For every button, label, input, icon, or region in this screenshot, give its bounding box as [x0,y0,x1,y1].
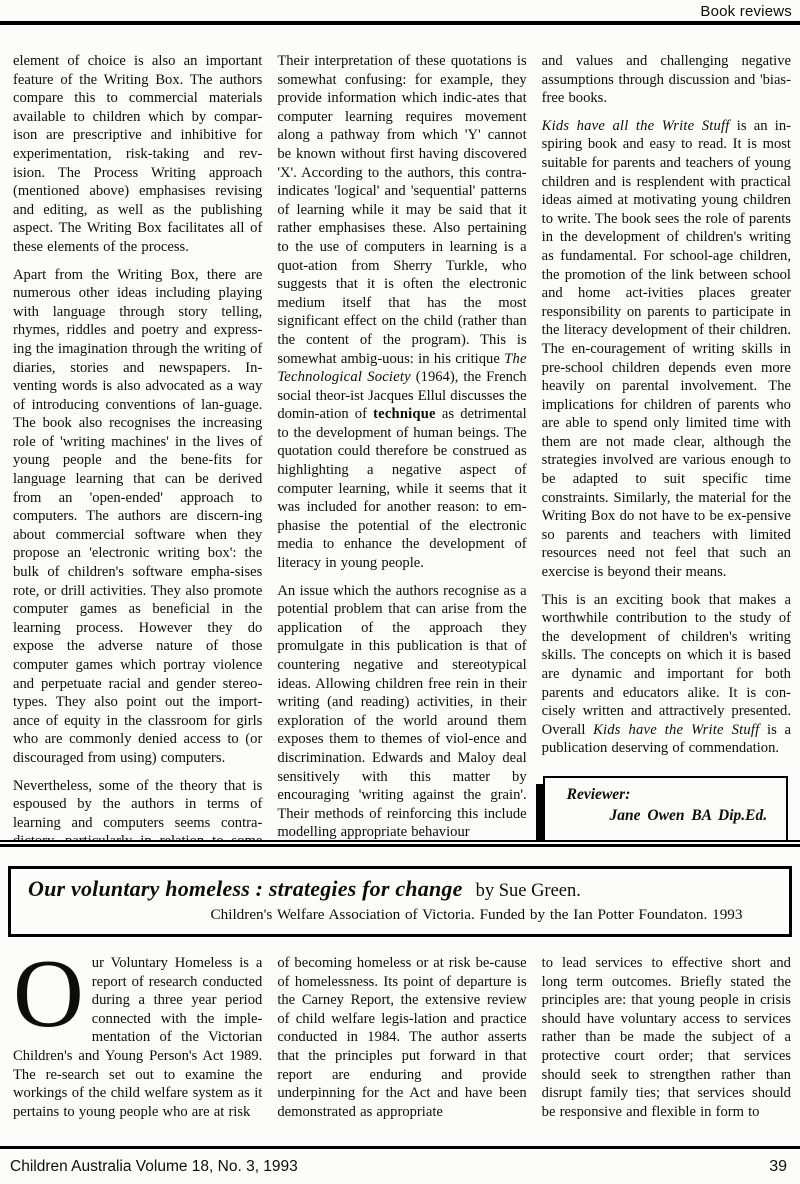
article-title-line: Our voluntary homeless : strategies for … [28,876,775,902]
article-body-columns: Our Voluntary Homeless is a report of re… [0,954,800,1146]
review-column-2: Their interpretation of these quotations… [277,52,526,840]
paragraph: Nevertheless, some of the theory that is… [13,777,262,840]
article-byline: by Sue Green. [476,881,581,901]
review-column-1: element of choice is also an important f… [13,52,262,840]
paragraph: to lead services to effective short and … [542,954,791,1121]
reviewer-name: Jane Owen BA Dip.Ed. [567,807,776,825]
drop-cap: O [13,958,84,1030]
review-column-3-text: and values and challenging negative assu… [542,52,791,758]
reviewer-label: Reviewer: [567,786,776,804]
article-title-banner: Our voluntary homeless : strategies for … [8,866,792,937]
page-header-title: Book reviews [700,3,792,20]
article-column-1: Our Voluntary Homeless is a report of re… [13,954,262,1146]
section-divider-rule [0,840,800,847]
reviewer-box: Reviewer: Jane Owen BA Dip.Ed. [543,776,788,840]
paragraph: Their interpretation of these quotations… [277,52,526,573]
paragraph: of becoming homeless or at risk be-cause… [277,954,526,1121]
article-title: Our voluntary homeless : strategies for … [28,876,463,901]
book-review-columns: element of choice is also an important f… [0,52,800,840]
article-column-2: of becoming homeless or at risk be-cause… [277,954,526,1146]
journal-citation: Children Australia Volume 18, No. 3, 199… [10,1158,298,1176]
paragraph: Kids have all the Write Stuff is an in-s… [542,117,791,582]
article-column-3: to lead services to effective short and … [542,954,791,1146]
page-footer: Children Australia Volume 18, No. 3, 199… [0,1146,800,1184]
article-subtitle: Children's Welfare Association of Victor… [28,906,775,924]
review-column-3: and values and challenging negative assu… [542,52,791,840]
paragraph: and values and challenging negative assu… [542,52,791,108]
page-header: Book reviews [0,0,800,20]
paragraph: This is an exciting book that makes a wo… [542,591,791,758]
paragraph: Our Voluntary Homeless is a report of re… [13,954,262,1121]
page-number: 39 [769,1158,787,1176]
paragraph: element of choice is also an important f… [13,52,262,257]
paragraph: Apart from the Writing Box, there are nu… [13,266,262,768]
paragraph: An issue which the authors recognise as … [277,582,526,840]
header-rule [0,21,800,25]
